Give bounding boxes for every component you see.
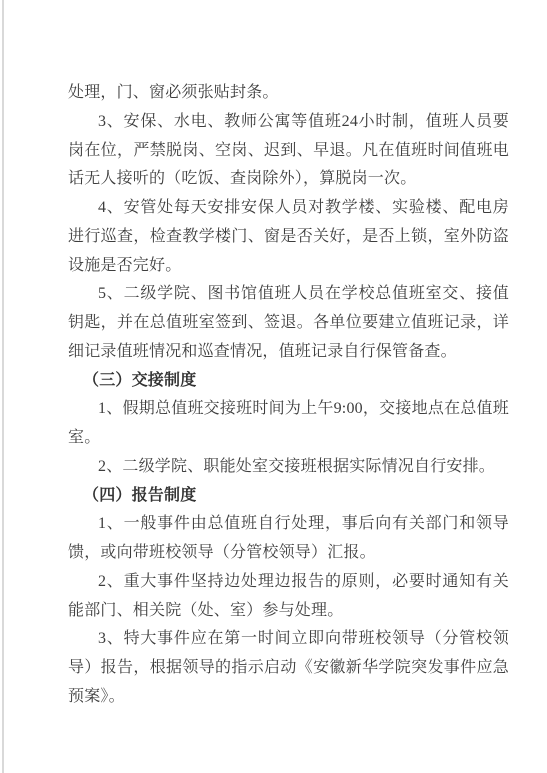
text-line: 1、假期总值班交接班时间为上午9:00，交接地点在总值班: [68, 395, 509, 424]
text-line: 2、重大事件坚持边处理边报告的原则，必要时通知有关职: [68, 568, 509, 597]
text-line: 导）报告，根据领导的指示启动《安徽新华学院突发事件应急: [68, 654, 509, 683]
text-line: 处理，门、窗必须张贴封条。: [68, 79, 509, 108]
text-line: 能部门、相关院（处、室）参与处理。: [68, 597, 509, 626]
text-line: 钥匙，并在总值班室签到、签退。各单位要建立值班记录，详: [68, 309, 509, 338]
text-line: 进行巡查，检查教学楼门、窗是否关好，是否上锁，室外防盗: [68, 223, 509, 252]
document-body: 处理，门、窗必须张贴封条。3、安保、水电、教师公寓等值班24小时制，值班人员要在…: [68, 79, 509, 712]
text-line: 4、安管处每天安排安保人员对教学楼、实验楼、配电房等: [68, 194, 509, 223]
text-line: 话无人接听的（吃饭、查岗除外），算脱岗一次。: [68, 165, 509, 194]
text-line: 室。: [68, 424, 509, 453]
text-line: 2、二级学院、职能处室交接班根据实际情况自行安排。: [68, 453, 509, 482]
text-line: 细记录值班情况和巡查情况，值班记录自行保管备查。: [68, 338, 509, 367]
text-line: 5、二级学院、图书馆值班人员在学校总值班室交、接值班: [68, 280, 509, 309]
text-line: 预案》。: [68, 683, 509, 712]
section-heading: （三）交接制度: [68, 367, 509, 396]
document-page: 处理，门、窗必须张贴封条。3、安保、水电、教师公寓等值班24小时制，值班人员要在…: [0, 0, 547, 773]
text-line: 3、安保、水电、教师公寓等值班24小时制，值班人员要在: [68, 108, 509, 137]
text-line: 设施是否完好。: [68, 252, 509, 281]
section-heading: （四）报告制度: [68, 482, 509, 511]
text-line: 岗在位，严禁脱岗、空岗、迟到、早退。凡在值班时间值班电: [68, 137, 509, 166]
text-line: 1、一般事件由总值班自行处理，事后向有关部门和领导反: [68, 510, 509, 539]
page-left-edge-line: [2, 0, 4, 773]
text-line: 3、特大事件应在第一时间立即向带班校领导（分管校领: [68, 625, 509, 654]
text-line: 馈，或向带班校领导（分管校领导）汇报。: [68, 539, 509, 568]
